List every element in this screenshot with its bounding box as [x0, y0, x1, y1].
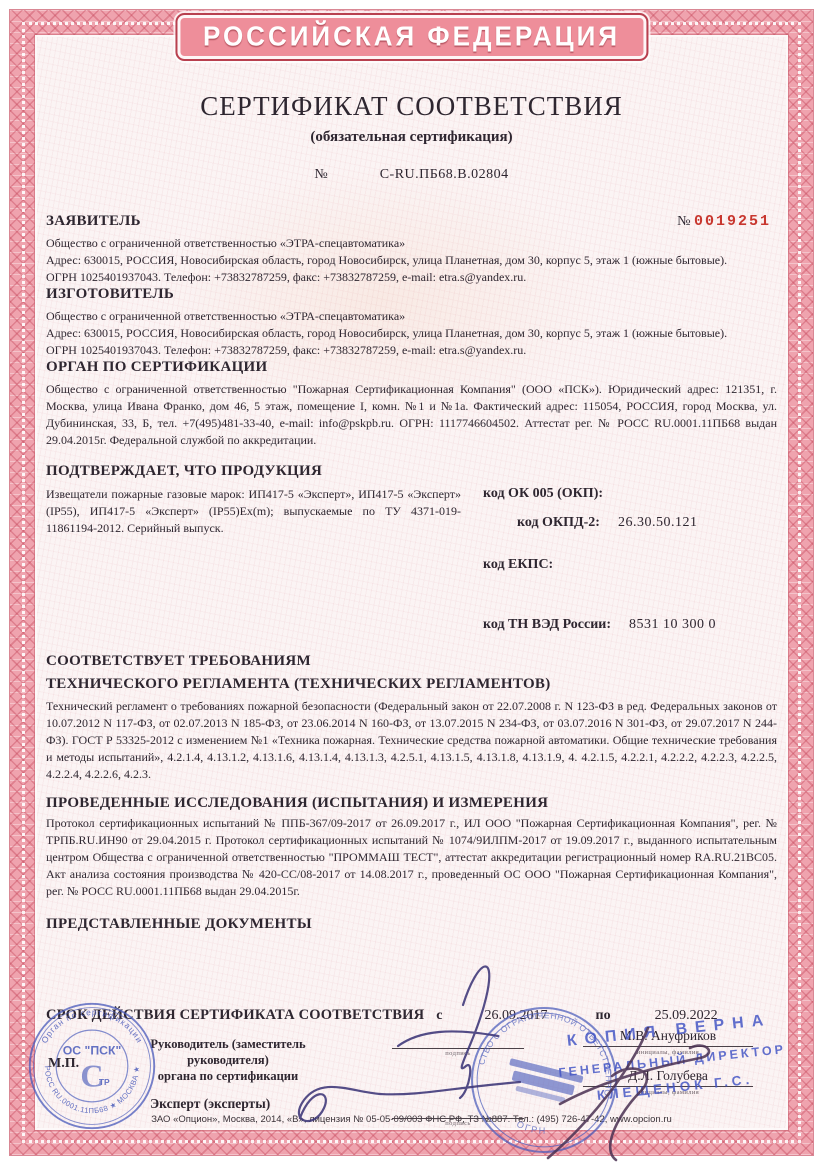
blank-number-label: № [677, 214, 690, 229]
fire-safety-mark-tr: ТР [99, 1077, 110, 1087]
code-okpd2-label: код ОКПД-2: [517, 515, 600, 531]
applicant-heading: ЗАЯВИТЕЛЬ [46, 213, 141, 230]
certificate-paper: СЕРТИФИКАТ СООТВЕТСТВИЯ (обязательная се… [37, 37, 786, 1128]
tests-text: Протокол сертификационных испытаний № ПП… [46, 815, 777, 900]
manufacturer-contacts: ОГРН 1025401937043. Телефон: +7383278725… [46, 342, 777, 359]
code-tnved-label: код ТН ВЭД России: [483, 617, 611, 633]
code-ekps-label: код ЕКПС: [483, 557, 553, 573]
manufacturer-address: Адрес: 630015, РОССИЯ, Новосибирская обл… [46, 325, 777, 342]
os-stamp-ring-top-text: Орган по сертификации [39, 1007, 145, 1045]
code-tnved-value: 8531 10 300 0 [629, 617, 716, 633]
tests-heading: ПРОВЕДЕННЫЕ ИССЛЕДОВАНИЯ (ИСПЫТАНИЯ) И И… [46, 795, 777, 812]
documents-heading: ПРЕДСТАВЛЕННЫЕ ДОКУМЕНТЫ [46, 916, 777, 933]
certification-body-text: Общество с ограниченной ответственностью… [46, 381, 777, 449]
certificate-number-row: № C-RU.ПБ68.В.02804 [46, 167, 777, 183]
product-codes: код ОК 005 (ОКП): код ОКПД-2: 26.30.50.1… [461, 486, 777, 633]
compliance-heading-2: ТЕХНИЧЕСКОГО РЕГЛАМЕНТА (ТЕХНИЧЕСКИХ РЕГ… [46, 676, 777, 693]
code-tnved-row: код ТН ВЭД России: 8531 10 300 0 [483, 617, 777, 633]
certificate-number-label: № [314, 167, 327, 183]
svg-text:Орган по сертификации: Орган по сертификации [39, 1007, 145, 1045]
expert-role: Эксперт (эксперты) [150, 1096, 270, 1112]
page-title: СЕРТИФИКАТ СООТВЕТСТВИЯ [46, 91, 777, 122]
code-okp-row: код ОК 005 (ОКП): [483, 486, 777, 502]
validity-from-label: с [436, 1008, 442, 1024]
country-banner-text: РОССИЙСКАЯ ФЕДЕРАЦИЯ [203, 20, 620, 53]
certificate-page: РОССИЙСКАЯ ФЕДЕРАЦИЯ СЕРТИФИКАТ СООТВЕТС… [0, 0, 823, 1165]
product-heading: ПОДТВЕРЖДАЕТ, ЧТО ПРОДУКЦИЯ [46, 463, 777, 480]
applicant-name: Общество с ограниченной ответственностью… [46, 235, 777, 252]
certificate-content: СЕРТИФИКАТ СООТВЕТСТВИЯ (обязательная се… [37, 37, 786, 1128]
blank-number: № 0019251 [677, 213, 771, 230]
blank-number-digits: 0019251 [694, 213, 771, 230]
certification-body-heading: ОРГАН ПО СЕРТИФИКАЦИИ [46, 359, 777, 376]
product-columns: Извещатели пожарные газовые марок: ИП417… [46, 486, 777, 633]
company-stamp-ring-bottom-text: ОГРН [514, 1118, 549, 1138]
code-okpd2-value: 26.30.50.121 [618, 515, 698, 531]
manufacturer-heading: ИЗГОТОВИТЕЛЬ [46, 286, 777, 303]
country-banner: РОССИЙСКАЯ ФЕДЕРАЦИЯ [175, 13, 648, 61]
applicant-contacts: ОГРН 1025401937043. Телефон: +7383278725… [46, 269, 777, 286]
fire-safety-mark-letter: С [80, 1058, 103, 1094]
certification-body-round-stamp: Орган по сертификации РОСС RU.0001.11ПБ6… [26, 1000, 158, 1132]
certificate-number-value: C-RU.ПБ68.В.02804 [380, 167, 509, 183]
code-okp-label: код ОК 005 (ОКП): [483, 486, 603, 502]
code-okpd2-row: код ОКПД-2: 26.30.50.121 [517, 515, 777, 531]
applicant-address: Адрес: 630015, РОССИЯ, Новосибирская обл… [46, 252, 777, 269]
page-subtitle: (обязательная сертификация) [46, 129, 777, 146]
applicant-heading-row: ЗАЯВИТЕЛЬ № 0019251 [46, 213, 777, 230]
code-ekps-row: код ЕКПС: [483, 557, 777, 573]
os-stamp-center-text: ОС "ПСК" [63, 1044, 122, 1058]
product-description: Извещатели пожарные газовые марок: ИП417… [46, 486, 461, 633]
manufacturer-name: Общество с ограниченной ответственностью… [46, 308, 777, 325]
svg-text:ОГРН: ОГРН [514, 1118, 549, 1138]
compliance-heading-1: СООТВЕТСТВУЕТ ТРЕБОВАНИЯМ [46, 653, 777, 670]
compliance-text: Технический регламент о требованиях пожа… [46, 698, 777, 783]
